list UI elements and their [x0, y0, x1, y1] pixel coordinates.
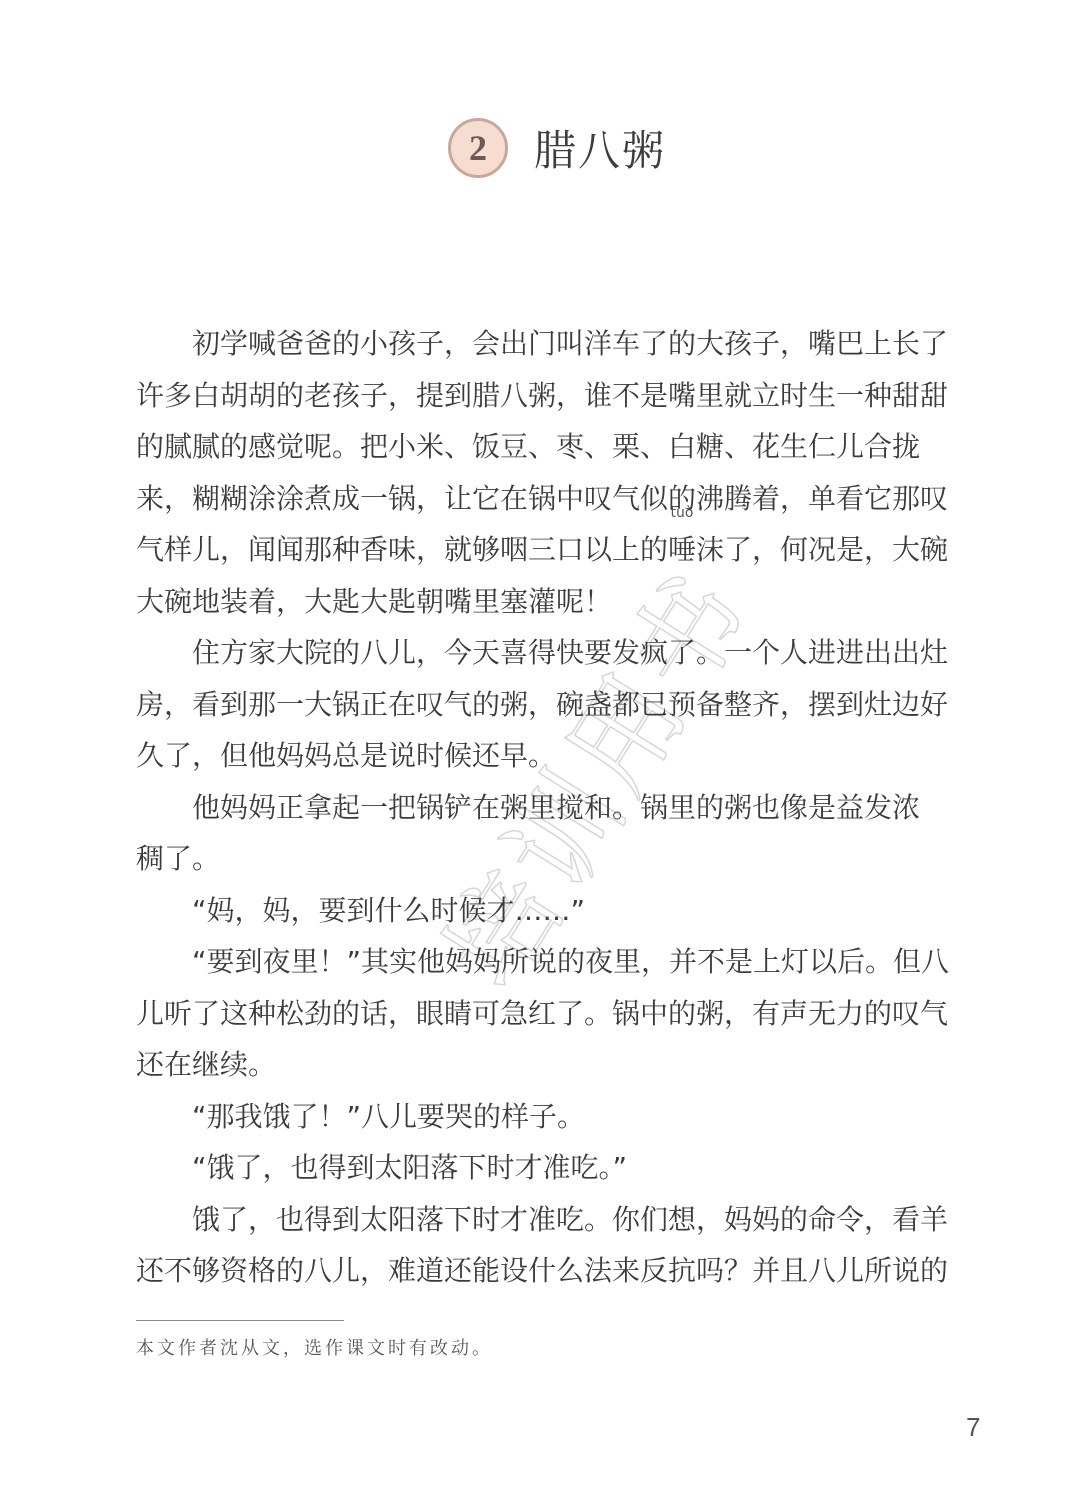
footnote-divider [136, 1320, 344, 1321]
text-line: 久了，但他妈妈总是说时候还早。 [136, 730, 982, 782]
lesson-number-badge: 2 [448, 118, 508, 178]
text-line: 初学喊爸爸的小孩子，会出门叫洋车了的大孩子，嘴巴上长了 [136, 318, 982, 370]
text-line: 稠了。 [136, 833, 982, 885]
text-line: “那我饿了！”八儿要哭的样子。 [136, 1091, 982, 1143]
paragraph: 初学喊爸爸的小孩子，会出门叫洋车了的大孩子，嘴巴上长了 许多白胡胡的老孩子，提到… [136, 318, 982, 627]
footnote: 本文作者沈从文，选作课文时有改动。 [136, 1334, 493, 1360]
paragraph: “那我饿了！”八儿要哭的样子。 [136, 1091, 982, 1143]
text-line: 住方家大院的八儿，今天喜得快要发疯了。一个人进进出出灶 [136, 627, 982, 679]
annotated-character: tuò唾 [668, 524, 696, 576]
paragraph: 他妈妈正拿起一把锅铲在粥里搅和。锅里的粥也像是益发浓 稠了。 [136, 782, 982, 885]
text-line: 还不够资格的八儿，难道还能设什么法来反抗吗？并且八儿所说的 [136, 1245, 982, 1297]
text-line: 他妈妈正拿起一把锅铲在粥里搅和。锅里的粥也像是益发浓 [136, 782, 982, 834]
paragraph: “饿了，也得到太阳落下时才准吃。” [136, 1142, 982, 1194]
paragraph: “要到夜里！”其实他妈妈所说的夜里，并不是上灯以后。但八 儿听了这种松劲的话，眼… [136, 936, 982, 1091]
text-line: 房，看到那一大锅正在叹气的粥，碗盏都已预备整齐，摆到灶边好 [136, 679, 982, 731]
text-line: 还在继续。 [136, 1039, 982, 1091]
text-line: 气样儿，闻闻那种香味，就够咽三口以上的tuò唾沫了，何况是，大碗 [136, 524, 982, 576]
text-line: “要到夜里！”其实他妈妈所说的夜里，并不是上灯以后。但八 [136, 936, 982, 988]
paragraph: 饿了，也得到太阳落下时才准吃。你们想，妈妈的命令，看羊 还不够资格的八儿，难道还… [136, 1194, 982, 1297]
lesson-header: 2 腊八粥 [448, 118, 666, 178]
text-line: “饿了，也得到太阳落下时才准吃。” [136, 1142, 982, 1194]
text-line: 的腻腻的感觉呢。把小米、饭豆、枣、栗、白糖、花生仁儿合拢 [136, 421, 982, 473]
text-line: 大碗地装着，大匙大匙朝嘴里塞灌呢！ [136, 576, 982, 628]
annotated-char: 唾 [668, 533, 696, 566]
lesson-title: 腊八粥 [534, 118, 666, 178]
text-segment: 沫了，何况是，大碗 [696, 533, 948, 566]
page-number: 7 [966, 1412, 980, 1443]
text-line: 儿听了这种松劲的话，眼睛可急红了。锅中的粥，有声无力的叹气 [136, 988, 982, 1040]
paragraph: “妈，妈，要到什么时候才……” [136, 885, 982, 937]
text-segment: 气样儿，闻闻那种香味，就够咽三口以上的 [136, 533, 668, 566]
text-line: 饿了，也得到太阳落下时才准吃。你们想，妈妈的命令，看羊 [136, 1194, 982, 1246]
lesson-body: 初学喊爸爸的小孩子，会出门叫洋车了的大孩子，嘴巴上长了 许多白胡胡的老孩子，提到… [136, 318, 982, 1297]
text-line: 许多白胡胡的老孩子，提到腊八粥，谁不是嘴里就立时生一种甜甜 [136, 370, 982, 422]
paragraph: 住方家大院的八儿，今天喜得快要发疯了。一个人进进出出灶 房，看到那一大锅正在叹气… [136, 627, 982, 782]
pinyin-annotation: tuò [671, 506, 694, 520]
text-line: 来，糊糊涂涂煮成一锅，让它在锅中叹气似的沸腾着，单看它那叹 [136, 473, 982, 525]
text-line: “妈，妈，要到什么时候才……” [136, 885, 982, 937]
